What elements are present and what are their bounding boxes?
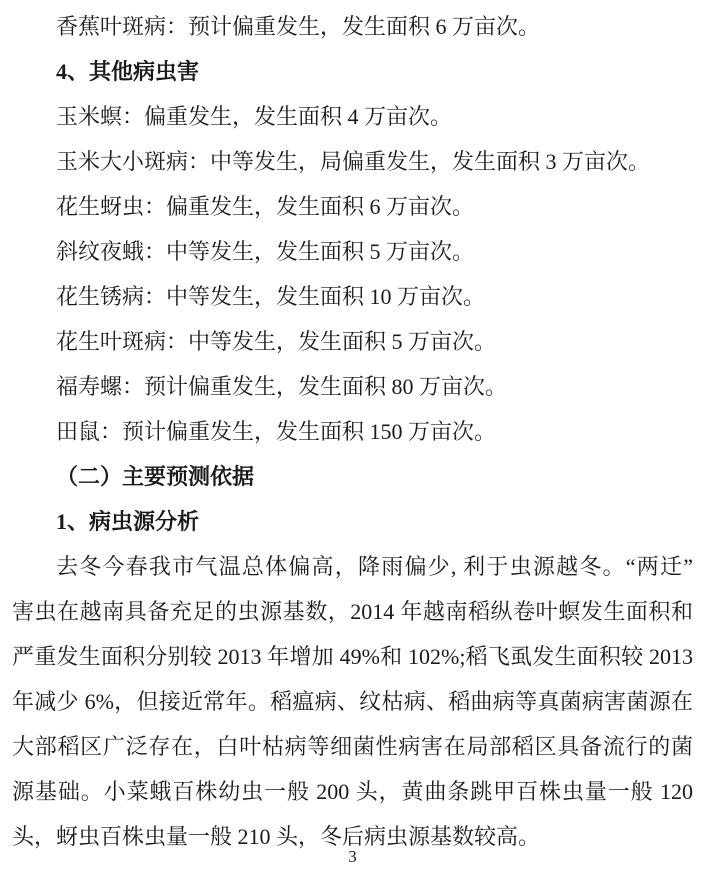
- analysis-line: 严重发生面积分别较 2013 年增加 49%和 102%;稻飞虱发生面积较 20…: [12, 634, 693, 679]
- heading-pest-source-analysis: 1、病虫源分析: [12, 499, 693, 544]
- heading-forecast-basis: （二）主要预测依据: [12, 454, 693, 499]
- para-field-mouse: 田鼠：预计偏重发生，发生面积 150 万亩次。: [12, 409, 693, 454]
- para-apple-snail: 福寿螺：预计偏重发生，发生面积 80 万亩次。: [12, 364, 693, 409]
- para-corn-borer: 玉米螟：偏重发生，发生面积 4 万亩次。: [12, 94, 693, 139]
- analysis-line: 年减少 6%，但接近常年。稻瘟病、纹枯病、稻曲病等真菌病害菌源在: [12, 679, 693, 724]
- analysis-line: 大部稻区广泛存在，白叶枯病等细菌性病害在局部稻区具备流行的菌: [12, 724, 693, 769]
- analysis-line: 害虫在越南具备充足的虫源基数，2014 年越南稻纵卷叶螟发生面积和: [12, 589, 693, 634]
- heading-other-pests: 4、其他病虫害: [12, 49, 693, 94]
- page-number: 3: [0, 846, 705, 868]
- para-pest-source-analysis: 去冬今春我市气温总体偏高，降雨偏少, 利于虫源越冬。“两迁” 害虫在越南具备充足…: [12, 544, 693, 859]
- para-peanut-rust: 花生锈病：中等发生，发生面积 10 万亩次。: [12, 274, 693, 319]
- para-tobacco-cutworm: 斜纹夜蛾：中等发生，发生面积 5 万亩次。: [12, 229, 693, 274]
- para-peanut-aphid: 花生蚜虫：偏重发生，发生面积 6 万亩次。: [12, 184, 693, 229]
- para-corn-leaf-blight: 玉米大小斑病：中等发生，局偏重发生，发生面积 3 万亩次。: [12, 139, 693, 184]
- para-banana-leaf-spot: 香蕉叶斑病：预计偏重发生，发生面积 6 万亩次。: [12, 4, 693, 49]
- analysis-line: 源基础。小菜蛾百株幼虫一般 200 头，黄曲条跳甲百株虫量一般 120: [12, 769, 693, 814]
- document-page: 香蕉叶斑病：预计偏重发生，发生面积 6 万亩次。 4、其他病虫害 玉米螟：偏重发…: [0, 0, 705, 882]
- para-peanut-leaf-spot: 花生叶斑病：中等发生，发生面积 5 万亩次。: [12, 319, 693, 364]
- document-body: 香蕉叶斑病：预计偏重发生，发生面积 6 万亩次。 4、其他病虫害 玉米螟：偏重发…: [12, 4, 693, 859]
- analysis-line: 去冬今春我市气温总体偏高，降雨偏少, 利于虫源越冬。“两迁”: [12, 544, 693, 589]
